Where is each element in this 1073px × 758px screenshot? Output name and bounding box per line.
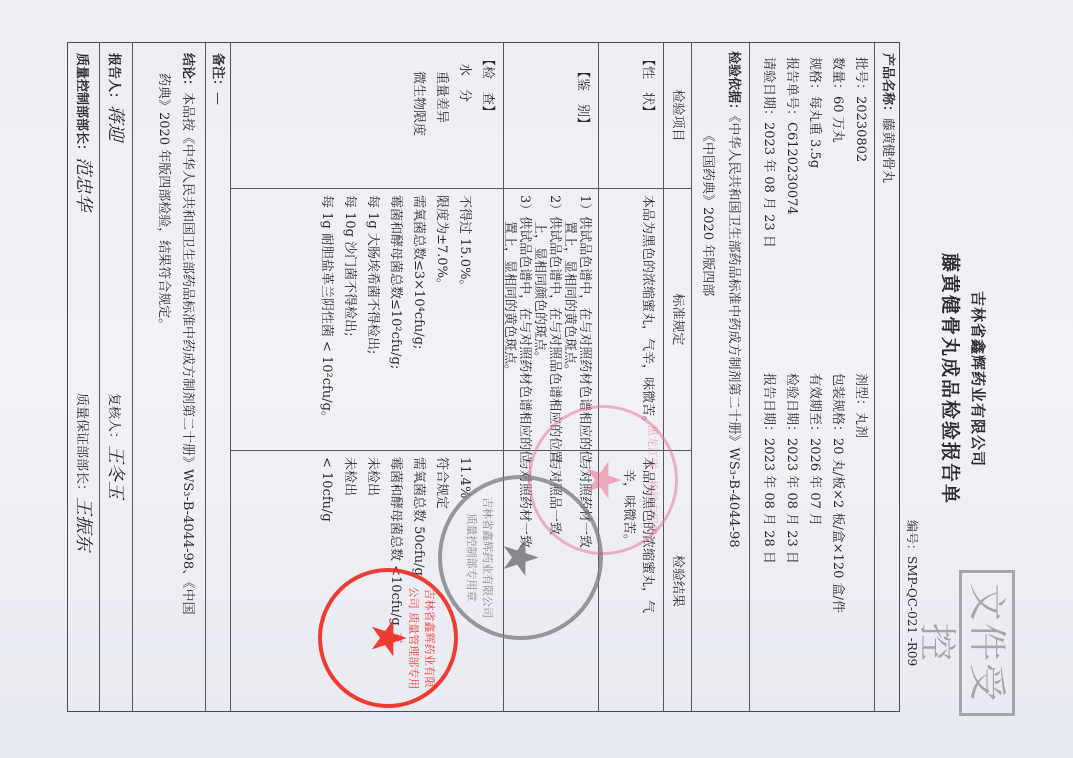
standard-appearance: 本品为黑色的浓缩蜜丸，气辛，味微苦。	[638, 195, 657, 429]
item-identification: 【鉴 别】	[573, 65, 592, 130]
qa-head-signature: 王振东	[73, 497, 94, 551]
result-weight-variation: 符合规定	[432, 457, 451, 509]
report-date: 报告日期：2023 年 08 月 28 日	[759, 373, 778, 564]
qc-department-stamp: ★ 吉林省鑫辉药业有限公司 质量控制部专用章	[438, 475, 603, 640]
specification: 规格：每丸重 3.5g	[805, 57, 824, 168]
reporter-signature: 蒋迎	[105, 105, 126, 141]
item-inspection: 【检 查】	[478, 53, 497, 118]
document-number-value: SMP-QC-021 -R09	[905, 556, 919, 666]
qc-head-signature: 范忠华	[73, 157, 94, 211]
remarks: 备注：—	[208, 53, 227, 105]
conclusion-line2: 药典》2020 年版四部检验，结果符合规定。	[154, 73, 173, 331]
item-weight-variation: 重量差异	[432, 71, 451, 123]
conclusion-row: 结论：本品按《中华人民共和国卫生部药品标准中药成方制剂第二十册》WS₃-B-40…	[132, 43, 205, 711]
star-icon: ★	[579, 458, 627, 501]
remarks-row: 备注：—	[205, 43, 230, 711]
test-basis-line1: 检验依据：《中华人民共和国卫生部药品标准中药成方制剂第二十册》WS₃-B-404…	[724, 51, 743, 548]
reviewer-signature: 王冬玉	[105, 445, 126, 499]
item-appearance: 【性 状】	[638, 53, 657, 118]
document-number: 编号：SMP-QC-021 -R09	[904, 520, 921, 666]
conclusion-line1: 结论：本品按《中华人民共和国卫生部药品标准中药成方制剂第二十册》WS₃-B-40…	[178, 53, 197, 615]
qc-head: 质量控制部部长：范忠华	[72, 53, 93, 211]
document-number-label: 编号：	[905, 520, 919, 556]
table-row: 【性 状】 本品为黑色的浓缩蜜丸，气辛，味微苦。 本品为黑色的浓缩蜜丸，气 辛，…	[598, 43, 663, 711]
test-basis-line2: 《中国药典》2020 年版四部	[698, 129, 717, 296]
product-name-row: 产品名称：藤黄健骨丸	[874, 43, 899, 711]
document-control-stamp: 文件受控	[959, 570, 1015, 716]
header-standard: 标准规定	[664, 188, 691, 450]
table-header-row: 检验项目 标准规定 检验结果	[663, 43, 691, 711]
star-icon: ★	[497, 536, 545, 579]
batch-number: 批号：20230802	[851, 57, 870, 162]
reporter-row: 报告人：蒋迎 复核人：王冬玉	[99, 43, 132, 711]
info-block: 批号：20230802 数量：60 万丸 规格：每丸重 3.5g 报告单号：C6…	[749, 43, 874, 711]
package-spec: 包装规格：20 丸/板×2 板/盒×120 盒/件	[828, 373, 847, 613]
test-date: 检验日期：2023 年 08 月 23 日	[782, 373, 801, 564]
qa-department-stamp: ★ 吉林省鑫辉药业有限公司 质量管理部专用章	[318, 568, 458, 708]
product-name: 产品名称：藤黄健骨丸	[878, 53, 897, 183]
rotated-report-page: 吉林省鑫辉药业有限公司 藤黄健骨丸成品检验报告单 文件受控 编号：SMP-QC-…	[0, 0, 1073, 758]
item-moisture: 水 分	[455, 63, 474, 102]
report-number: 报告单号：C6120230074	[782, 57, 801, 215]
quantity: 数量：60 万丸	[828, 57, 847, 143]
item-microbial-limit: 微生物限度	[409, 71, 428, 136]
reviewer: 复核人：王冬玉	[104, 393, 125, 499]
department-heads-row: 质量控制部部长：范忠华 质量保证部部长：王振东	[68, 43, 99, 711]
qa-head: 质量保证部部长：王振东	[72, 393, 93, 551]
header-item: 检验项目	[664, 43, 691, 188]
expiry-date: 有效期至：2026 年 07 月	[805, 373, 824, 526]
dosage-form: 剂型：丸剂	[851, 373, 870, 438]
test-basis-row: 检验依据：《中华人民共和国卫生部药品标准中药成方制剂第二十册》WS₃-B-404…	[691, 43, 749, 711]
reporter: 报告人：蒋迎	[104, 53, 125, 141]
request-date: 请验日期：2023 年 08 月 23 日	[759, 57, 778, 248]
